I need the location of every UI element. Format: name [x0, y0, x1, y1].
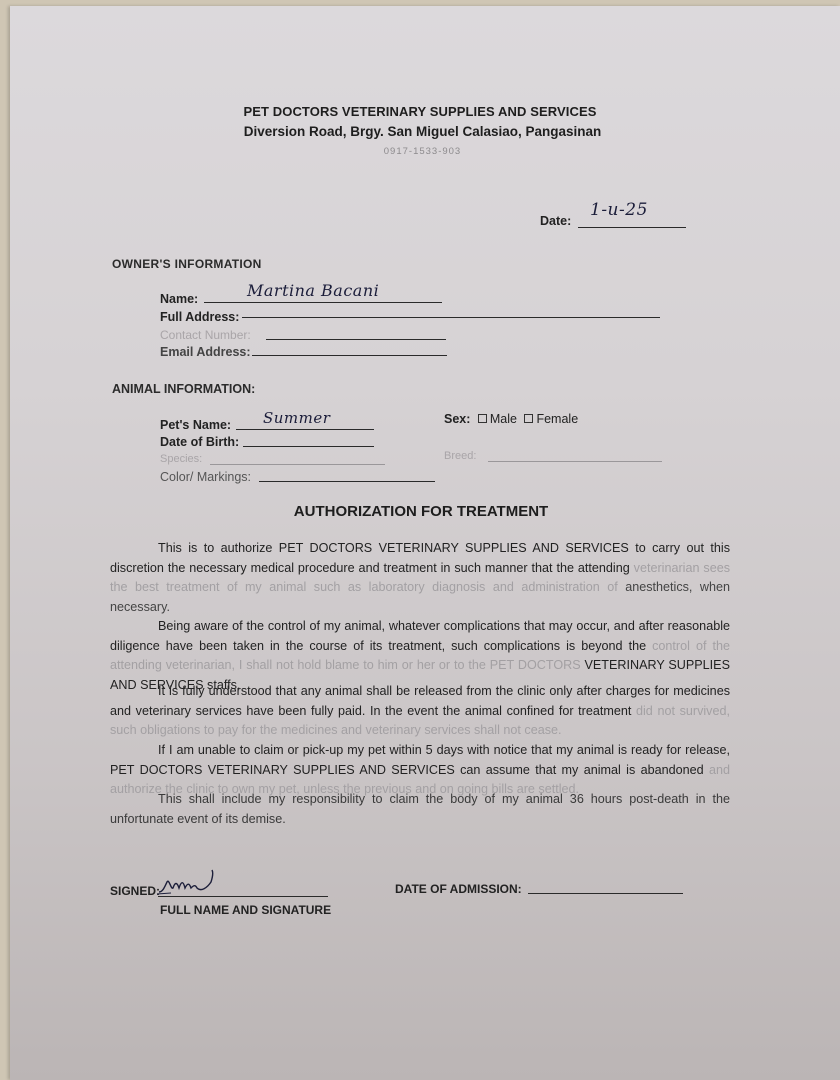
sex-female-label: Female [536, 412, 578, 426]
auth-paragraph-5: This shall include my responsibility to … [110, 790, 730, 829]
owner-section-title: OWNER'S INFORMATION [112, 257, 262, 271]
owner-address-label: Full Address: [160, 310, 239, 324]
signature-field[interactable] [158, 896, 328, 897]
dob-field[interactable] [243, 446, 374, 447]
auth-paragraph-1: This is to authorize PET DOCTORS VETERIN… [110, 539, 730, 617]
sex-label: Sex: [444, 412, 470, 426]
color-markings-label: Color/ Markings: [160, 470, 251, 484]
date-field[interactable] [578, 227, 686, 228]
owner-name-label: Name: [160, 292, 198, 306]
authorization-title: AUTHORIZATION FOR TREATMENT [0, 503, 840, 520]
signed-label: SIGNED: [110, 884, 160, 898]
sex-male-label: Male [490, 412, 517, 426]
color-markings-field[interactable] [259, 481, 435, 482]
auth-paragraph-3: It is fully understood that any animal s… [110, 682, 730, 741]
signed-caption: FULL NAME AND SIGNATURE [160, 903, 331, 917]
species-label: Species: [160, 453, 202, 465]
owner-contact-label: Contact Number: [160, 328, 251, 342]
species-field[interactable] [210, 464, 385, 465]
admission-date-field[interactable] [528, 893, 683, 894]
pet-name-value: Summer [263, 409, 330, 427]
pet-name-label: Pet's Name: [160, 418, 231, 432]
animal-section-title: ANIMAL INFORMATION: [112, 382, 255, 396]
sex-female-checkbox[interactable] [524, 414, 533, 423]
org-address: Diversion Road, Brgy. San Miguel Calasia… [0, 124, 840, 139]
sex-male-checkbox[interactable] [478, 414, 487, 423]
pet-name-field[interactable] [236, 429, 374, 430]
owner-address-field[interactable] [242, 317, 660, 318]
breed-label: Breed: [444, 450, 476, 462]
date-value: 1-u-25 [590, 200, 648, 220]
owner-email-label: Email Address: [160, 345, 251, 359]
sex-field: Sex: Male Female [444, 412, 578, 426]
org-phone: 0917-1533-903 [0, 146, 840, 157]
owner-contact-field[interactable] [266, 339, 446, 340]
owner-name-value: Martina Bacani [247, 281, 379, 300]
org-name: PET DOCTORS VETERINARY SUPPLIES AND SERV… [0, 104, 840, 119]
breed-field[interactable] [488, 461, 662, 462]
owner-email-field[interactable] [252, 355, 447, 356]
dob-label: Date of Birth: [160, 435, 239, 449]
owner-name-field[interactable] [204, 302, 442, 303]
date-label: Date: [540, 214, 571, 228]
admission-label: DATE OF ADMISSION: [395, 882, 522, 896]
signature-mark [157, 868, 227, 896]
